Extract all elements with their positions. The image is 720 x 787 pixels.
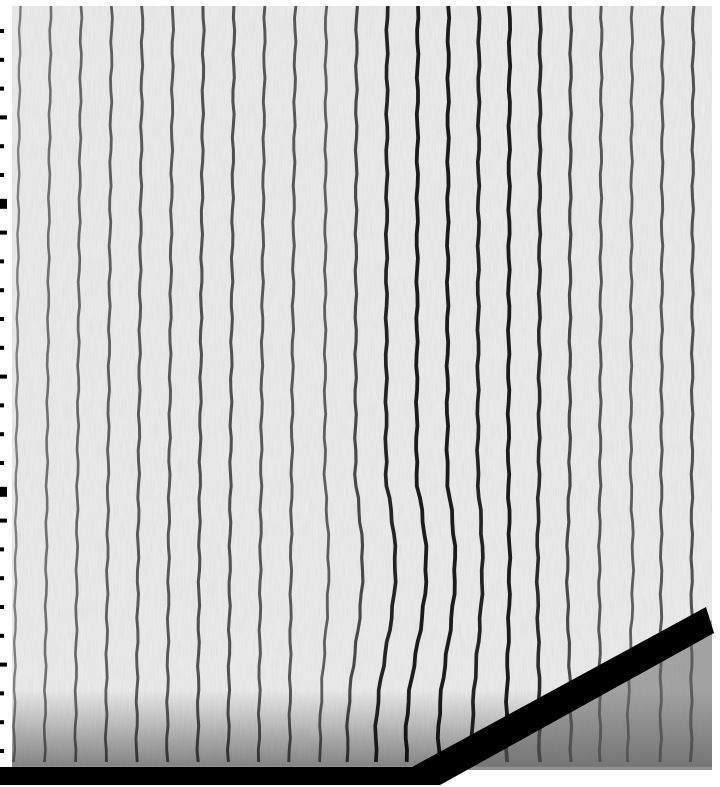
minor-tick — [0, 288, 4, 292]
minor-tick — [0, 461, 4, 465]
major-tick — [0, 231, 7, 235]
major-tick — [0, 519, 7, 523]
minor-tick — [0, 691, 4, 695]
major-tick — [0, 375, 7, 379]
major-tick — [0, 487, 7, 497]
minor-tick — [0, 403, 4, 407]
minor-tick — [0, 749, 4, 753]
minor-tick — [0, 144, 4, 148]
minor-tick — [0, 432, 4, 436]
minor-tick — [0, 634, 4, 638]
kymograph-image — [0, 0, 720, 787]
minor-tick — [0, 720, 4, 724]
minor-tick — [0, 29, 4, 33]
minor-tick — [0, 317, 4, 321]
minor-tick — [0, 259, 4, 263]
minor-tick — [0, 346, 4, 350]
major-tick — [0, 663, 7, 667]
minor-tick — [0, 576, 4, 580]
streak-canvas — [0, 0, 720, 787]
minor-tick — [0, 605, 4, 609]
tick-scale — [0, 29, 7, 753]
minor-tick — [0, 87, 4, 91]
minor-tick — [0, 58, 4, 62]
major-tick — [0, 199, 7, 209]
minor-tick — [0, 547, 4, 551]
minor-tick — [0, 173, 4, 177]
major-tick — [0, 115, 7, 119]
